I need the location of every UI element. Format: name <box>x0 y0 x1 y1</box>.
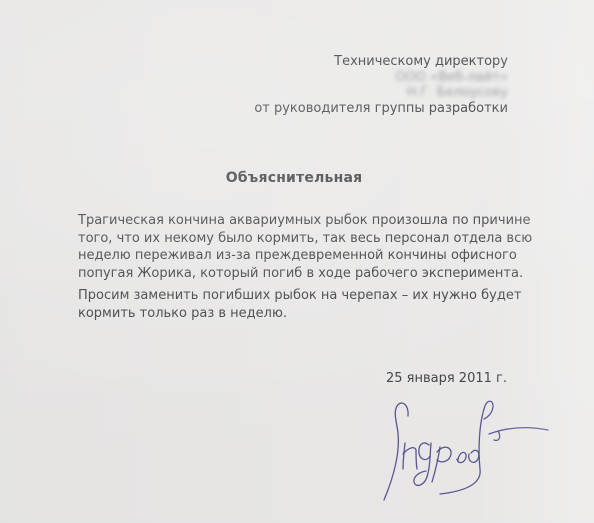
paragraph-2: Просим заменить погибших рыбок на черепа… <box>78 287 510 322</box>
letter-body: Трагическая кончина аквариумных рыбок пр… <box>78 212 510 323</box>
body-line: попугая Жорика, который погиб в ходе раб… <box>78 265 510 283</box>
paragraph-1: Трагическая кончина аквариумных рыбок пр… <box>78 212 510 282</box>
document-title: Объяснительная <box>78 170 510 186</box>
from-line: от руководителя группы разработки <box>254 101 508 117</box>
body-line: кормить только раз в неделю. <box>78 305 510 323</box>
body-line: Трагическая кончина аквариумных рыбок пр… <box>78 212 510 230</box>
redacted-company-line: ООО «Веб-лайт» <box>254 70 508 86</box>
body-line: Просим заменить погибших рыбок на черепа… <box>78 287 510 305</box>
date-line: 25 января 2011 г. <box>386 371 507 386</box>
handwritten-signature-icon <box>320 390 560 523</box>
body-line: неделю переживал из-за преждевременной к… <box>78 247 510 265</box>
scanned-letter-page: Техническому директору ООО «Веб-лайт» Н.… <box>0 0 594 523</box>
letter-header: Техническому директору ООО «Веб-лайт» Н.… <box>254 54 508 116</box>
redacted-person-line: Н.Г. Белоусову <box>254 85 508 101</box>
recipient-line: Техническому директору <box>254 54 508 70</box>
body-line: того, что их некому было кормить, так ве… <box>78 230 510 248</box>
